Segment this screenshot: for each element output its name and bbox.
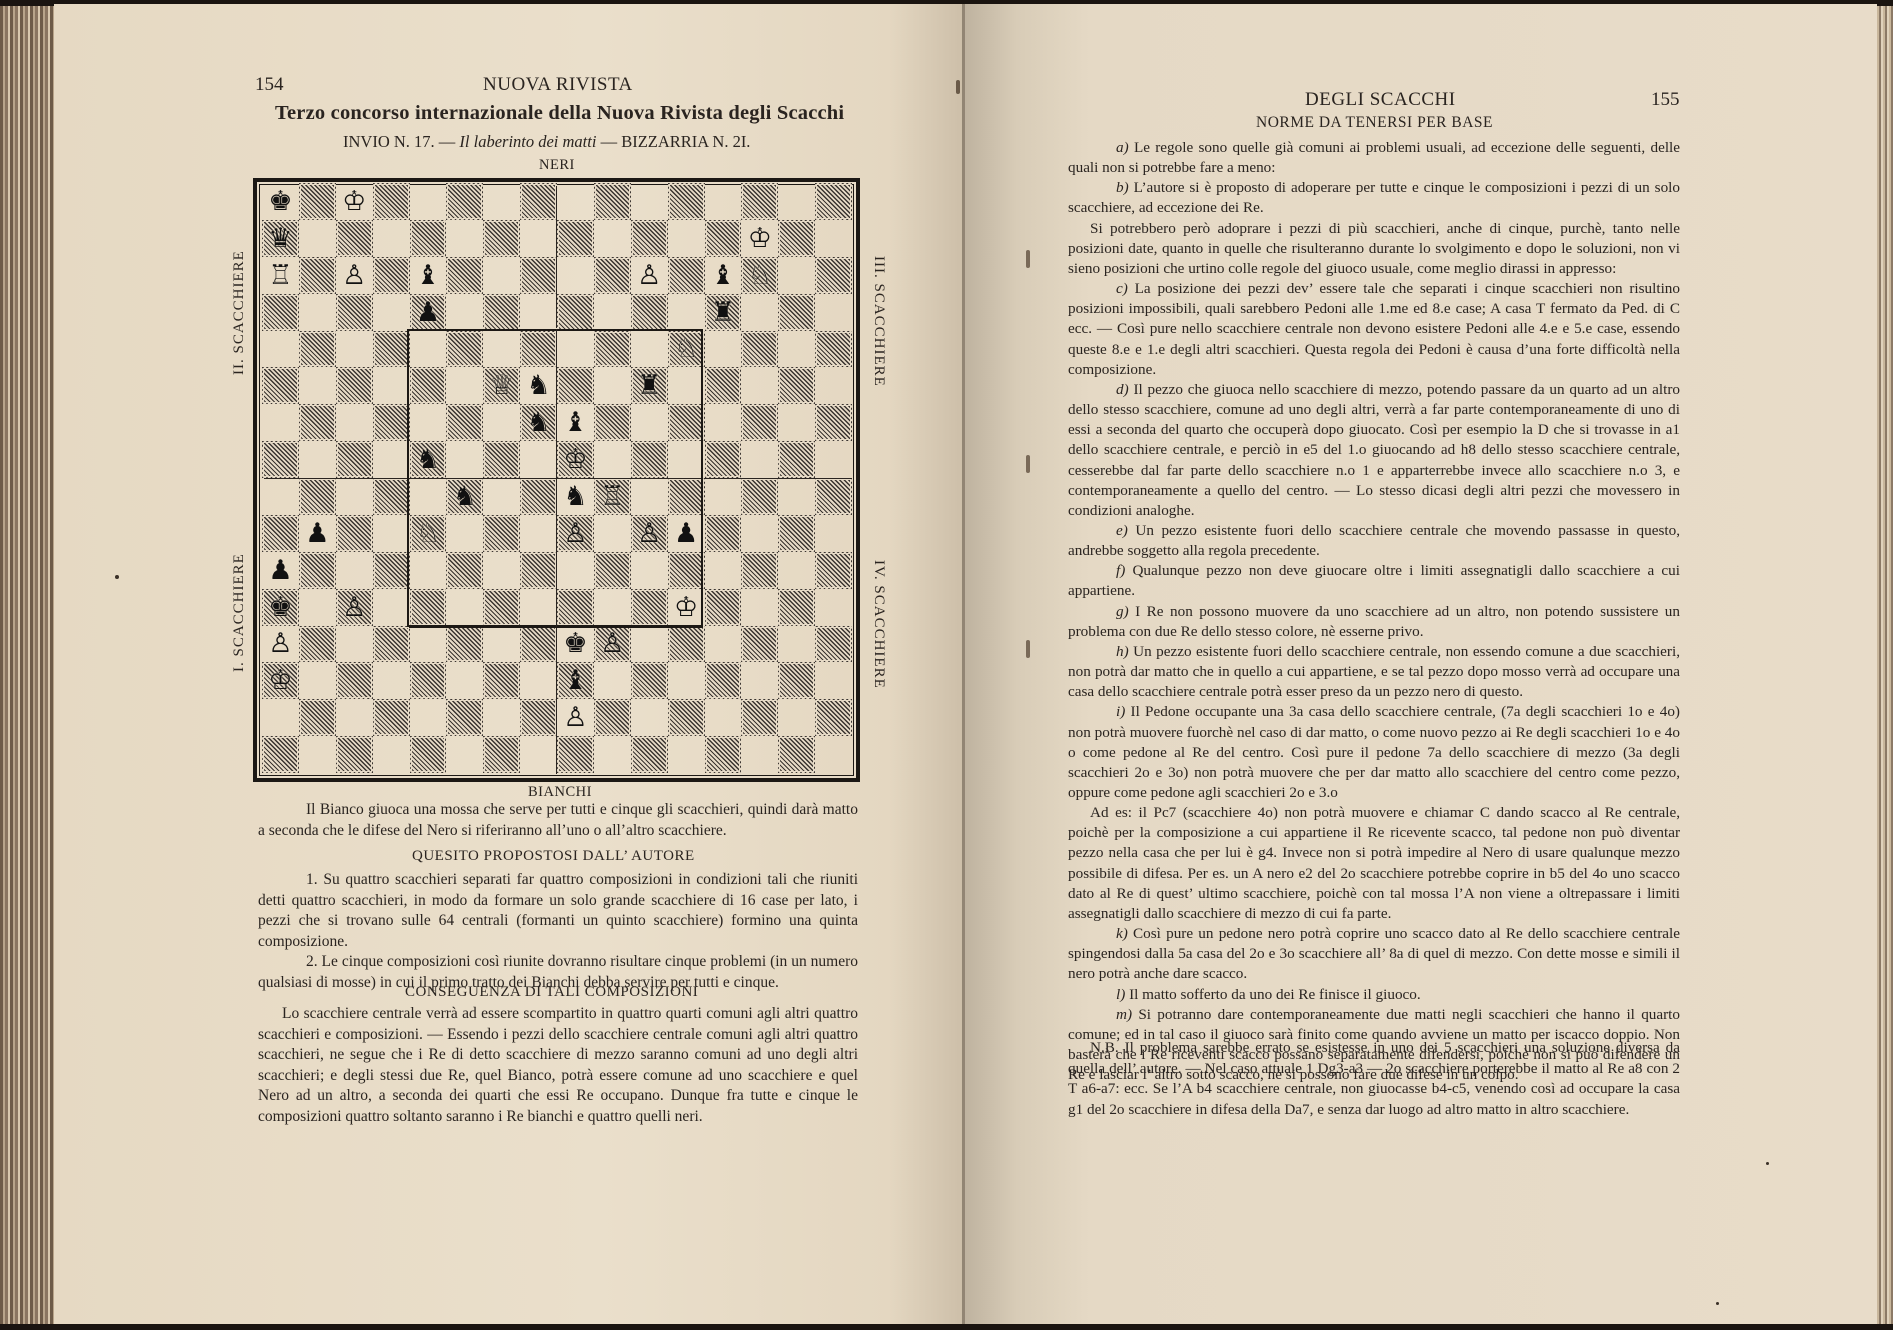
board-square	[815, 183, 852, 220]
binding-thread-mark	[1026, 640, 1030, 658]
white-king-icon: ♔	[748, 225, 772, 252]
board-square	[410, 736, 447, 773]
board-square	[668, 736, 705, 773]
black-bishop-icon: ♝	[416, 262, 440, 289]
rule-label: d)	[1116, 381, 1129, 398]
board-square: ♟	[410, 294, 447, 331]
board-square	[557, 552, 594, 589]
black-bishop-icon: ♝	[563, 409, 587, 436]
rule-label: h)	[1116, 643, 1129, 660]
board-square	[483, 294, 520, 331]
board-square	[594, 331, 631, 368]
note-text: N.B. Il problema sarebbe errato se esist…	[1068, 1038, 1680, 1120]
board-square: ♘	[410, 515, 447, 552]
rule-paragraph: d) Il pezzo che giuoca nello scacchiere …	[1068, 380, 1680, 521]
rule-text: La posizione dei pezzi dev’ essere tale …	[1068, 280, 1680, 378]
board-square	[483, 589, 520, 626]
board-square: ♞	[520, 367, 557, 404]
board-square	[778, 183, 815, 220]
board-square	[336, 515, 373, 552]
board-square: ♙	[631, 515, 668, 552]
board-square	[705, 331, 742, 368]
board-square	[631, 736, 668, 773]
rule-paragraph: l) Il matto sofferto da uno dei Re finis…	[1068, 985, 1680, 1005]
section-heading-norme: NORME DA TENERSI PER BASE	[1256, 114, 1493, 132]
board-square	[557, 367, 594, 404]
board-square	[373, 367, 410, 404]
board-square: ♙	[557, 515, 594, 552]
board-square	[336, 699, 373, 736]
board-square	[631, 183, 668, 220]
board-square	[299, 441, 336, 478]
board-square	[631, 294, 668, 331]
board-square	[336, 478, 373, 515]
black-knight-icon: ♞	[453, 483, 477, 510]
white-king-icon: ♔	[563, 446, 587, 473]
board-square	[815, 367, 852, 404]
board-square	[631, 441, 668, 478]
label-scacchiere-1: I. SCACCHIERE	[231, 553, 248, 672]
board-square	[373, 662, 410, 699]
white-queen-icon: ♕	[490, 372, 514, 399]
board-square	[741, 699, 778, 736]
board-square	[520, 736, 557, 773]
board-square	[483, 515, 520, 552]
quesito-point-1: 1. Su quattro scacchieri separati far qu…	[258, 870, 858, 952]
problem-subtitle: INVIO N. 17. — Il laberinto dei matti — …	[343, 132, 750, 152]
board-square	[815, 404, 852, 441]
board-square	[336, 331, 373, 368]
board-square	[373, 183, 410, 220]
board-square: ♟	[262, 552, 299, 589]
board-square	[446, 589, 483, 626]
board-square	[373, 331, 410, 368]
paper-speck	[115, 575, 119, 579]
board-square	[336, 220, 373, 257]
board-square	[483, 478, 520, 515]
board-square	[262, 736, 299, 773]
board-square	[668, 626, 705, 663]
board-square	[299, 662, 336, 699]
white-knight-icon: ♘	[674, 335, 698, 362]
board-square	[705, 626, 742, 663]
board-square	[373, 441, 410, 478]
board-square	[778, 736, 815, 773]
board-square: ♔	[741, 220, 778, 257]
board-square: ♖	[594, 478, 631, 515]
rules-list: a) Le regole sono quelle già comuni ai p…	[1068, 138, 1680, 1085]
book-gutter	[962, 4, 965, 1324]
note-block: N.B. Il problema sarebbe errato se esist…	[1068, 1038, 1680, 1120]
board-square	[520, 183, 557, 220]
board-square	[410, 626, 447, 663]
board-square	[483, 331, 520, 368]
board-square	[668, 662, 705, 699]
section-heading-quesito: QUESITO PROPOSTOSI DALL’ AUTORE	[412, 848, 695, 865]
conseguenza-text: Lo scacchiere centrale verrà ad essere s…	[258, 1004, 858, 1127]
board-square	[410, 367, 447, 404]
quadrant-divider	[264, 478, 407, 479]
board-square	[373, 515, 410, 552]
board-square: ♞	[410, 441, 447, 478]
black-rook-icon: ♜	[711, 299, 735, 326]
board-square	[262, 331, 299, 368]
label-neri: NERI	[539, 157, 575, 174]
subtitle-prefix: INVIO N. 17. —	[343, 132, 459, 151]
black-pawn-icon: ♟	[674, 520, 698, 547]
book-page-edges-right	[1877, 6, 1893, 1324]
board-square	[410, 589, 447, 626]
board-square	[446, 662, 483, 699]
board-square	[520, 552, 557, 589]
board-square	[631, 478, 668, 515]
rule-paragraph: k) Così pure un pedone nero potrà coprir…	[1068, 924, 1680, 984]
board-square	[815, 699, 852, 736]
board-square	[778, 257, 815, 294]
board-square	[594, 257, 631, 294]
board-square: ♔	[557, 441, 594, 478]
black-pawn-icon: ♟	[416, 299, 440, 326]
board-square	[262, 441, 299, 478]
board-square	[631, 331, 668, 368]
board-square	[483, 736, 520, 773]
board-square: ♞	[557, 478, 594, 515]
board-square	[336, 441, 373, 478]
board-square: ♙	[336, 257, 373, 294]
board-square	[668, 478, 705, 515]
board-square: ♜	[631, 367, 668, 404]
rule-paragraph: c) La posizione dei pezzi dev’ essere ta…	[1068, 279, 1680, 380]
board-square	[446, 331, 483, 368]
board-square	[815, 736, 852, 773]
running-head-right: DEGLI SCACCHI	[1305, 89, 1456, 111]
black-knight-icon: ♞	[526, 409, 550, 436]
board-square	[483, 441, 520, 478]
board-square	[631, 404, 668, 441]
board-square	[594, 220, 631, 257]
label-scacchiere-2: II. SCACCHIERE	[231, 250, 248, 375]
board-square	[262, 515, 299, 552]
rule-label: i)	[1116, 703, 1125, 720]
board-square	[520, 662, 557, 699]
board-square	[741, 589, 778, 626]
board-square: ♝	[410, 257, 447, 294]
board-square	[446, 552, 483, 589]
subtitle-suffix: — BIZZARRIA N. 2I.	[596, 132, 750, 151]
board-square: ♘	[741, 257, 778, 294]
board-square	[741, 331, 778, 368]
quadrant-divider	[704, 478, 852, 479]
board-square	[483, 552, 520, 589]
board-square	[299, 367, 336, 404]
rule-text: Il pezzo che giuoca nello scacchiere di …	[1068, 381, 1680, 519]
board-square	[410, 478, 447, 515]
board-square	[373, 736, 410, 773]
board-square	[520, 441, 557, 478]
board-square	[299, 331, 336, 368]
board-square	[778, 552, 815, 589]
board-square	[815, 662, 852, 699]
board-square	[815, 552, 852, 589]
rule-paragraph: f) Qualunque pezzo non deve giuocare olt…	[1068, 561, 1680, 601]
board-square	[668, 441, 705, 478]
board-square	[373, 220, 410, 257]
board-square	[262, 478, 299, 515]
board-square	[373, 257, 410, 294]
board-square	[520, 257, 557, 294]
board-square	[594, 404, 631, 441]
board-square	[483, 257, 520, 294]
rule-paragraph: Ad es: il Pc7 (scacchiere 4o) non potrà …	[1068, 803, 1680, 924]
board-square	[705, 220, 742, 257]
board-square	[705, 589, 742, 626]
board-square: ♚	[262, 183, 299, 220]
board-square: ♔	[668, 589, 705, 626]
board-square	[778, 220, 815, 257]
board-square	[262, 367, 299, 404]
board-square	[557, 183, 594, 220]
board-square	[410, 699, 447, 736]
board-square	[705, 404, 742, 441]
board-square	[594, 441, 631, 478]
board-square: ♜	[705, 294, 742, 331]
board-square	[815, 257, 852, 294]
board-square	[631, 552, 668, 589]
board-square	[631, 662, 668, 699]
rule-paragraph: g) I Re non possono muovere da uno scacc…	[1068, 602, 1680, 642]
board-square	[705, 367, 742, 404]
rule-label: l)	[1116, 986, 1125, 1003]
board-square	[299, 589, 336, 626]
board-square	[594, 294, 631, 331]
board-square	[299, 404, 336, 441]
rule-paragraph: i) Il Pedone occupante una 3a casa dello…	[1068, 702, 1680, 803]
black-queen-icon: ♛	[268, 225, 292, 252]
rule-text: Un pezzo esistente fuori dello scacchier…	[1068, 643, 1680, 700]
board-square	[778, 589, 815, 626]
board-square	[373, 699, 410, 736]
board-square	[778, 699, 815, 736]
board-square	[410, 331, 447, 368]
board-square: ♚	[262, 589, 299, 626]
board-square	[594, 183, 631, 220]
label-scacchiere-4: IV. SCACCHIERE	[870, 560, 887, 689]
paper-speck	[1766, 1162, 1769, 1165]
board-square	[557, 257, 594, 294]
rule-paragraph: Si potrebbero però adoprare i pezzi di p…	[1068, 219, 1680, 279]
board-square: ♙	[594, 626, 631, 663]
board-square	[778, 331, 815, 368]
board-square	[446, 736, 483, 773]
board-square	[741, 478, 778, 515]
board-square	[705, 515, 742, 552]
board-square: ♔	[336, 183, 373, 220]
board-square: ♟	[668, 515, 705, 552]
rule-text: Così pure un pedone nero potrà coprire u…	[1068, 925, 1680, 982]
board-square	[741, 662, 778, 699]
board-square	[557, 331, 594, 368]
board-square	[410, 183, 447, 220]
black-rook-icon: ♜	[637, 372, 661, 399]
board-square	[336, 404, 373, 441]
board-square	[668, 699, 705, 736]
quadrant-divider	[556, 628, 557, 774]
page-number-right: 155	[1651, 89, 1680, 111]
rule-label: f)	[1116, 562, 1125, 579]
board-square	[778, 404, 815, 441]
board-square	[336, 662, 373, 699]
board-square	[299, 478, 336, 515]
board-square	[705, 662, 742, 699]
black-bishop-icon: ♝	[711, 262, 735, 289]
page-title: Terzo concorso internazionale della Nuov…	[275, 102, 844, 125]
board-square	[631, 589, 668, 626]
rule-paragraph: b) L’autore si è proposto di adoperare p…	[1068, 178, 1680, 218]
white-knight-icon: ♘	[416, 520, 440, 547]
board-square	[668, 257, 705, 294]
board-square	[705, 441, 742, 478]
board-square	[557, 736, 594, 773]
board-square	[778, 478, 815, 515]
board-square	[594, 515, 631, 552]
white-pawn-icon: ♙	[600, 630, 624, 657]
board-square	[336, 626, 373, 663]
board-square	[741, 736, 778, 773]
rule-paragraph: h) Un pezzo esistente fuori dello scacch…	[1068, 642, 1680, 702]
board-square	[705, 478, 742, 515]
board-square	[815, 220, 852, 257]
rule-label: c)	[1116, 280, 1128, 297]
white-knight-icon: ♘	[748, 262, 772, 289]
running-head-left: NUOVA RIVISTA	[483, 74, 633, 96]
board-square	[299, 699, 336, 736]
board-square	[815, 441, 852, 478]
board-square	[299, 552, 336, 589]
board-square	[373, 552, 410, 589]
board-square	[520, 626, 557, 663]
board-square	[778, 367, 815, 404]
black-pawn-icon: ♟	[268, 557, 292, 584]
board-square	[483, 220, 520, 257]
white-king-icon: ♔	[674, 594, 698, 621]
board-square	[741, 552, 778, 589]
rule-label: m)	[1116, 1006, 1132, 1023]
board-square	[741, 183, 778, 220]
label-bianchi: BIANCHI	[528, 784, 592, 801]
board-square	[778, 626, 815, 663]
board-square: ♙	[336, 589, 373, 626]
binding-thread-mark	[1026, 250, 1030, 268]
page-number-left: 154	[255, 74, 284, 96]
board-square	[594, 552, 631, 589]
board-square	[741, 367, 778, 404]
rule-text: L’autore si è proposto di adoperare per …	[1068, 179, 1680, 216]
board-square	[520, 515, 557, 552]
board-square	[594, 662, 631, 699]
white-pawn-icon: ♙	[563, 520, 587, 547]
board-square: ♙	[557, 699, 594, 736]
board-square	[668, 183, 705, 220]
board-square: ♙	[262, 626, 299, 663]
rule-text: Il matto sofferto da uno dei Re finisce …	[1125, 986, 1420, 1003]
board-square: ♝	[705, 257, 742, 294]
board-square	[631, 626, 668, 663]
board-square	[520, 220, 557, 257]
board-square	[446, 294, 483, 331]
board-square	[594, 736, 631, 773]
board-square	[446, 515, 483, 552]
board-square	[705, 552, 742, 589]
rule-text: Il Pedone occupante una 3a casa dello sc…	[1068, 703, 1680, 801]
board-square	[778, 662, 815, 699]
rule-label: e)	[1116, 522, 1128, 539]
board-square	[299, 220, 336, 257]
black-knight-icon: ♞	[526, 372, 550, 399]
board-square	[446, 367, 483, 404]
board-square	[336, 367, 373, 404]
board-square	[594, 367, 631, 404]
board-square	[520, 478, 557, 515]
black-king-icon: ♚	[563, 630, 587, 657]
board-square	[778, 441, 815, 478]
board-square	[446, 404, 483, 441]
board-square	[668, 404, 705, 441]
board-square	[557, 220, 594, 257]
subtitle-italic: Il laberinto dei matti	[459, 132, 596, 151]
board-square	[668, 294, 705, 331]
white-pawn-icon: ♙	[342, 262, 366, 289]
board-square	[668, 220, 705, 257]
board-square	[557, 294, 594, 331]
board-square	[262, 404, 299, 441]
board-square	[741, 441, 778, 478]
board-square: ♙	[631, 257, 668, 294]
white-king-icon: ♔	[342, 188, 366, 215]
board-square: ♖	[262, 257, 299, 294]
board-square	[668, 367, 705, 404]
board-square	[815, 478, 852, 515]
board-square: ♕	[483, 367, 520, 404]
quadrant-divider	[409, 478, 701, 479]
white-rook-icon: ♖	[268, 262, 292, 289]
board-square	[336, 294, 373, 331]
board-square	[373, 404, 410, 441]
board-square: ♔	[262, 662, 299, 699]
board-caption: Il Bianco giuoca una mossa che serve per…	[258, 800, 858, 841]
board-square	[483, 699, 520, 736]
rule-label: a)	[1116, 139, 1129, 156]
board-square	[520, 294, 557, 331]
white-pawn-icon: ♙	[268, 630, 292, 657]
board-square	[299, 183, 336, 220]
binding-thread-mark	[1026, 455, 1030, 473]
board-square	[705, 699, 742, 736]
board-square	[741, 294, 778, 331]
board-square	[410, 220, 447, 257]
black-king-icon: ♚	[268, 594, 292, 621]
rule-paragraph: a) Le regole sono quelle già comuni ai p…	[1068, 138, 1680, 178]
board-square: ♘	[668, 331, 705, 368]
board-square	[299, 736, 336, 773]
black-knight-icon: ♞	[563, 483, 587, 510]
board-square: ♛	[262, 220, 299, 257]
white-rook-icon: ♖	[600, 483, 624, 510]
caption-text: Il Bianco giuoca una mossa che serve per…	[258, 800, 858, 841]
board-square	[373, 589, 410, 626]
board-square: ♟	[299, 515, 336, 552]
board-square	[483, 183, 520, 220]
rule-label: g)	[1116, 603, 1129, 620]
